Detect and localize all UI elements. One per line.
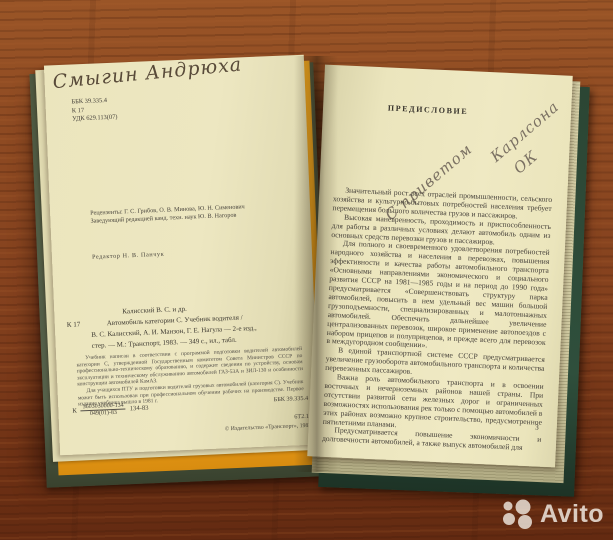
catalog-card-entry: Калисский В. С. и др. К 17Автомобиль кат… — [66, 299, 308, 353]
print-code-suffix: 134-83 — [130, 405, 149, 413]
preface-body-text: Значительный рост всех отраслей промышле… — [322, 186, 552, 454]
book-gutter-shadow — [294, 56, 338, 472]
print-code-prefix: К — [72, 408, 77, 415]
page-number: 3 — [535, 422, 539, 431]
left-page-title-verso: Смыгин Андрюха ББК 39.335.4 К 17 УДК 629… — [44, 55, 320, 456]
print-code-denominator: 049(01)-83 — [81, 409, 126, 417]
annotation-block: Учебник написан в соответствии с програм… — [76, 346, 304, 408]
avito-watermark: Avito — [500, 498, 604, 530]
print-code-fraction: 3603030000-134049(01)-83 — [81, 402, 127, 417]
avito-watermark-label: Avito — [540, 500, 604, 529]
book-photo-scene: Смыгин Андрюха ББК 39.335.4 К 17 УДК 629… — [0, 0, 613, 540]
classification-codes: ББК 39.335.4 К 17 УДК 629.113(07) — [71, 97, 117, 125]
right-page-preface: ПРЕДИСЛОВИЕ С приветом Карлсона ОК Значи… — [307, 65, 573, 468]
udk-code: УДК 629.113(07) — [72, 114, 118, 124]
avito-logo-icon — [500, 498, 536, 530]
preface-paragraph: Для полного и своевременного удовлетворе… — [326, 239, 550, 356]
reviewers-block: Рецензенты: Г. С. Грибов, О. В. Минова, … — [90, 201, 304, 226]
editor-line: Редактор Н. В. Панчук — [92, 251, 165, 261]
print-order-code: К3603030000-134049(01)-83134-83 — [72, 402, 149, 418]
